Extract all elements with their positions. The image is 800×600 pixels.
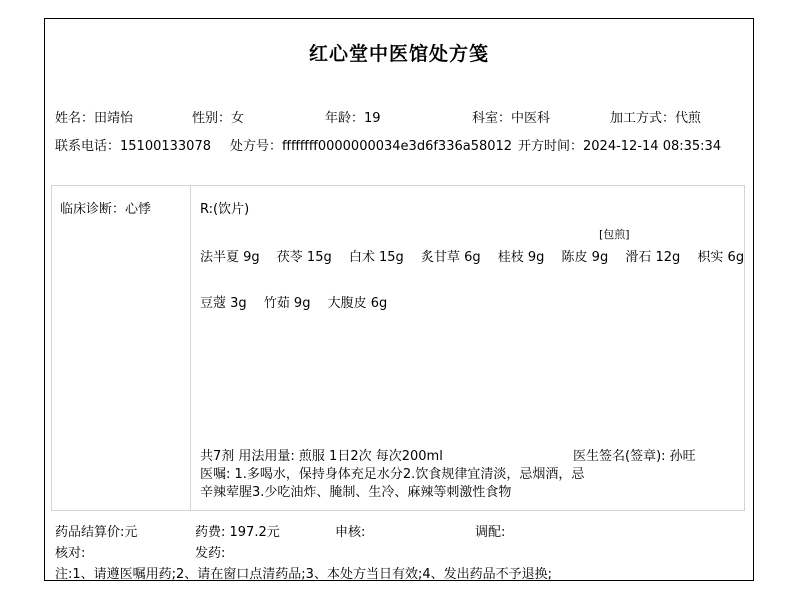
dispense-field: 发药: [195, 542, 225, 561]
department-field: 科室：中医科 [472, 107, 550, 126]
phone-field: 联系电话：15100133078 [55, 135, 211, 154]
department-label: 科室： [472, 111, 511, 126]
processing-method-label: 加工方式： [610, 111, 675, 126]
prescription-number-value: ffffffff0000000034e3d6f336a58012 [282, 139, 512, 154]
herb-list-line-2: 豆蔻 3g 竹茹 9g 大腹皮 6g [200, 292, 400, 311]
prescription-time-label: 开方时间： [518, 139, 583, 154]
medical-advice-line-1: 医嘱: 1.多喝水，保持身体充足水分2.饮食规律宜清淡，忌烟酒，忌 [200, 463, 584, 482]
diagnosis-label: 临床诊断： [60, 202, 125, 217]
prescription-time-value: 2024-12-14 08:35:34 [583, 139, 721, 154]
patient-age-label: 年龄： [325, 111, 364, 126]
processing-method-value: 代煎 [675, 111, 701, 126]
prescription-page: 红心堂中医馆处方笺 姓名：田靖怡 性别：女 年龄：19 科室：中医科 加工方式：… [0, 0, 800, 600]
phone-value: 15100133078 [120, 139, 211, 154]
medicine-fee-value: 197.2元 [230, 525, 280, 540]
patient-name-field: 姓名：田靖怡 [55, 107, 133, 126]
herb-item: 白术 15g [349, 246, 404, 265]
prescription-body-box: 临床诊断：心悸 R:(饮片) [包煎] 法半夏 9g 茯苓 15g 白术 15g… [51, 185, 745, 511]
phone-label: 联系电话： [55, 139, 120, 154]
herb-item: 滑石 12g [625, 246, 680, 265]
herb-item: 豆蔻 3g [200, 292, 247, 311]
medical-advice-line-2: 辛辣荤腥3.少吃油炸、腌制、生冷、麻辣等刺激性食物 [200, 481, 511, 500]
processing-method-field: 加工方式：代煎 [610, 107, 701, 126]
prescription-number-label: 处方号： [230, 139, 282, 154]
patient-gender-label: 性别： [192, 111, 231, 126]
decoct-wrap-note: [包煎] [599, 226, 630, 242]
medicine-fee-field: 药费: 197.2元 [195, 521, 280, 540]
diagnosis-value: 心悸 [125, 202, 151, 217]
patient-name-value: 田靖怡 [94, 111, 133, 126]
review-field: 申核: [335, 521, 365, 540]
doctor-signature-field: 医生签名(签章): 孙旺 [573, 445, 696, 464]
herb-list-line-1: 法半夏 9g 茯苓 15g 白术 15g 炙甘草 6g 桂枝 9g 陈皮 9g … [200, 246, 757, 265]
herb-item: 炙甘草 6g [421, 246, 481, 265]
prescription-number-field: 处方号：ffffffff0000000034e3d6f336a58012 [230, 135, 512, 154]
check-field: 核对: [55, 542, 85, 561]
herb-item: 陈皮 9g [562, 246, 609, 265]
herb-item: 法半夏 9g [200, 246, 260, 265]
dosage-usage-line: 共7剂 用法用量: 煎服 1日2次 每次200ml [200, 445, 443, 464]
patient-age-field: 年龄：19 [325, 107, 381, 126]
patient-gender-field: 性别：女 [192, 107, 244, 126]
patient-age-value: 19 [364, 111, 381, 126]
herb-item: 茯苓 15g [277, 246, 332, 265]
page-title: 红心堂中医馆处方笺 [45, 39, 753, 66]
herb-item: 枳实 6g [697, 246, 744, 265]
herb-item: 桂枝 9g [498, 246, 545, 265]
doctor-signature-label: 医生签名(签章): [573, 449, 670, 464]
patient-name-label: 姓名： [55, 111, 94, 126]
settle-price-value: 元 [124, 525, 137, 540]
prepare-field: 调配: [475, 521, 505, 540]
footer-note: 注:1、请遵医嘱用药;2、请在窗口点清药品;3、本处方当日有效;4、发出药品不予… [55, 563, 552, 582]
settle-price-field: 药品结算价:元 [55, 521, 137, 540]
rx-content-cell: R:(饮片) [包煎] 法半夏 9g 茯苓 15g 白术 15g 炙甘草 6g … [191, 186, 744, 510]
herb-item: 竹茹 9g [264, 292, 311, 311]
doctor-signature-name: 孙旺 [670, 449, 696, 464]
medicine-fee-label: 药费: [195, 525, 230, 540]
diagnosis-cell: 临床诊断：心悸 [52, 186, 191, 510]
patient-gender-value: 女 [231, 111, 244, 126]
rx-header: R:(饮片) [200, 198, 249, 217]
department-value: 中医科 [511, 111, 550, 126]
settle-price-label: 药品结算价: [55, 525, 124, 540]
prescription-sheet: 红心堂中医馆处方笺 姓名：田靖怡 性别：女 年龄：19 科室：中医科 加工方式：… [44, 18, 754, 581]
herb-item: 大腹皮 6g [328, 292, 388, 311]
prescription-time-field: 开方时间：2024-12-14 08:35:34 [518, 135, 721, 154]
